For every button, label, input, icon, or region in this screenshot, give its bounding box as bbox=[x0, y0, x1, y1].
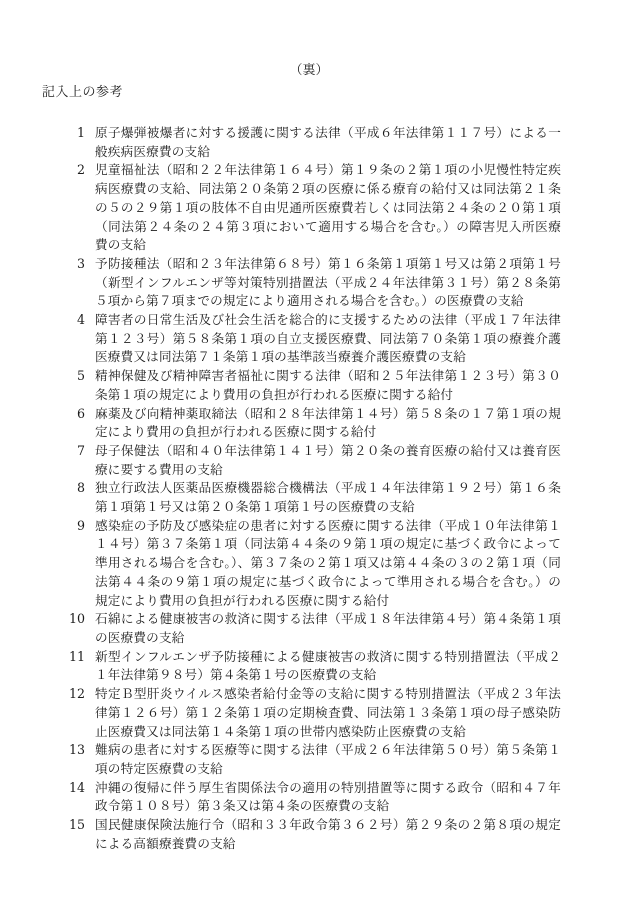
item-text: 障害者の日常生活及び社会生活を総合的に支援するための法律（平成１７年法律第１２３… bbox=[95, 311, 561, 367]
list-item: 9感染症の予防及び感染症の患者に対する医療に関する法律（平成１０年法律第１１４号… bbox=[0, 517, 561, 611]
law-list: 1原子爆弾被爆者に対する援護に関する法律（平成６年法律第１１７号）による一般疾病… bbox=[0, 124, 561, 853]
item-number: 11 bbox=[0, 648, 85, 667]
page-side-label: （裏） bbox=[0, 59, 618, 78]
item-number: 14 bbox=[0, 779, 85, 798]
list-item: 15国民健康保険法施行令（昭和３３年政令第３６２号）第２９条の２第８項の規定によ… bbox=[0, 816, 561, 853]
item-text: 原子爆弾被爆者に対する援護に関する法律（平成６年法律第１１７号）による一般疾病医… bbox=[95, 124, 561, 161]
item-text: 精神保健及び精神障害者福祉に関する法律（昭和２５年法律第１２３号）第３０条第１項… bbox=[95, 367, 561, 404]
list-item: 3予防接種法（昭和２３年法律第６８号）第１６条第１項第１号又は第２項第１号（新型… bbox=[0, 255, 561, 311]
item-text: 母子保健法（昭和４０年法律第１４１号）第２０条の養育医療の給付又は養育医療に要す… bbox=[95, 442, 561, 479]
list-item: 10石綿による健康被害の救済に関する法律（平成１８年法律第４号）第４条第１項の医… bbox=[0, 610, 561, 647]
item-number: 3 bbox=[0, 255, 85, 274]
item-number: 5 bbox=[0, 367, 85, 386]
item-number: 10 bbox=[0, 610, 85, 629]
item-number: 2 bbox=[0, 161, 85, 180]
list-item: 12特定Ｂ型肝炎ウイルス感染者給付金等の支給に関する特別措置法（平成２３年法律第… bbox=[0, 685, 561, 741]
item-text: 難病の患者に対する医療等に関する法律（平成２６年法律第５０号）第５条第１項の特定… bbox=[95, 741, 561, 778]
list-item: 11新型インフルエンザ予防接種による健康被害の救済に関する特別措置法（平成２１年… bbox=[0, 648, 561, 685]
document-page: （裏） 記入上の参考 1原子爆弾被爆者に対する援護に関する法律（平成６年法律第１… bbox=[0, 0, 630, 903]
item-number: 9 bbox=[0, 517, 85, 536]
item-number: 12 bbox=[0, 685, 85, 704]
list-item: 8独立行政法人医薬品医療機器総合機構法（平成１４年法律第１９２号）第１６条第１項… bbox=[0, 479, 561, 516]
item-number: 7 bbox=[0, 442, 85, 461]
item-number: 8 bbox=[0, 479, 85, 498]
list-item: 2児童福祉法（昭和２２年法律第１６４号）第１９条の２第１項の小児慢性特定疾病医療… bbox=[0, 161, 561, 255]
item-number: 4 bbox=[0, 311, 85, 330]
item-text: 麻薬及び向精神薬取締法（昭和２８年法律第１４号）第５８条の１７第１項の規定により… bbox=[95, 405, 561, 442]
item-number: 15 bbox=[0, 816, 85, 835]
list-item: 7母子保健法（昭和４０年法律第１４１号）第２０条の養育医療の給付又は養育医療に要… bbox=[0, 442, 561, 479]
item-text: 児童福祉法（昭和２２年法律第１６４号）第１９条の２第１項の小児慢性特定疾病医療費… bbox=[95, 161, 561, 255]
item-number: 1 bbox=[0, 124, 85, 143]
item-text: 独立行政法人医薬品医療機器総合機構法（平成１４年法律第１９２号）第１６条第１項第… bbox=[95, 479, 561, 516]
item-text: 石綿による健康被害の救済に関する法律（平成１８年法律第４号）第４条第１項の医療費… bbox=[95, 610, 561, 647]
item-text: 特定Ｂ型肝炎ウイルス感染者給付金等の支給に関する特別措置法（平成２３年法律第１２… bbox=[95, 685, 561, 741]
item-number: 13 bbox=[0, 741, 85, 760]
list-item: 5精神保健及び精神障害者福祉に関する法律（昭和２５年法律第１２３号）第３０条第１… bbox=[0, 367, 561, 404]
list-item: 4障害者の日常生活及び社会生活を総合的に支援するための法律（平成１７年法律第１２… bbox=[0, 311, 561, 367]
list-item: 14沖縄の復帰に伴う厚生省関係法令の適用の特別措置等に関する政令（昭和４７年政令… bbox=[0, 779, 561, 816]
item-number: 6 bbox=[0, 405, 85, 424]
item-text: 感染症の予防及び感染症の患者に対する医療に関する法律（平成１０年法律第１１４号）… bbox=[95, 517, 561, 611]
list-item: 13難病の患者に対する医療等に関する法律（平成２６年法律第５０号）第５条第１項の… bbox=[0, 741, 561, 778]
list-item: 1原子爆弾被爆者に対する援護に関する法律（平成６年法律第１１７号）による一般疾病… bbox=[0, 124, 561, 161]
item-text: 国民健康保険法施行令（昭和３３年政令第３６２号）第２９条の２第８項の規定による高… bbox=[95, 816, 561, 853]
list-item: 6麻薬及び向精神薬取締法（昭和２８年法律第１４号）第５８条の１７第１項の規定によ… bbox=[0, 405, 561, 442]
item-text: 予防接種法（昭和２３年法律第６８号）第１６条第１項第１号又は第２項第１号（新型イ… bbox=[95, 255, 561, 311]
page-heading: 記入上の参考 bbox=[42, 81, 123, 100]
item-text: 新型インフルエンザ予防接種による健康被害の救済に関する特別措置法（平成２１年法律… bbox=[95, 648, 561, 685]
item-text: 沖縄の復帰に伴う厚生省関係法令の適用の特別措置等に関する政令（昭和４７年政令第１… bbox=[95, 779, 561, 816]
